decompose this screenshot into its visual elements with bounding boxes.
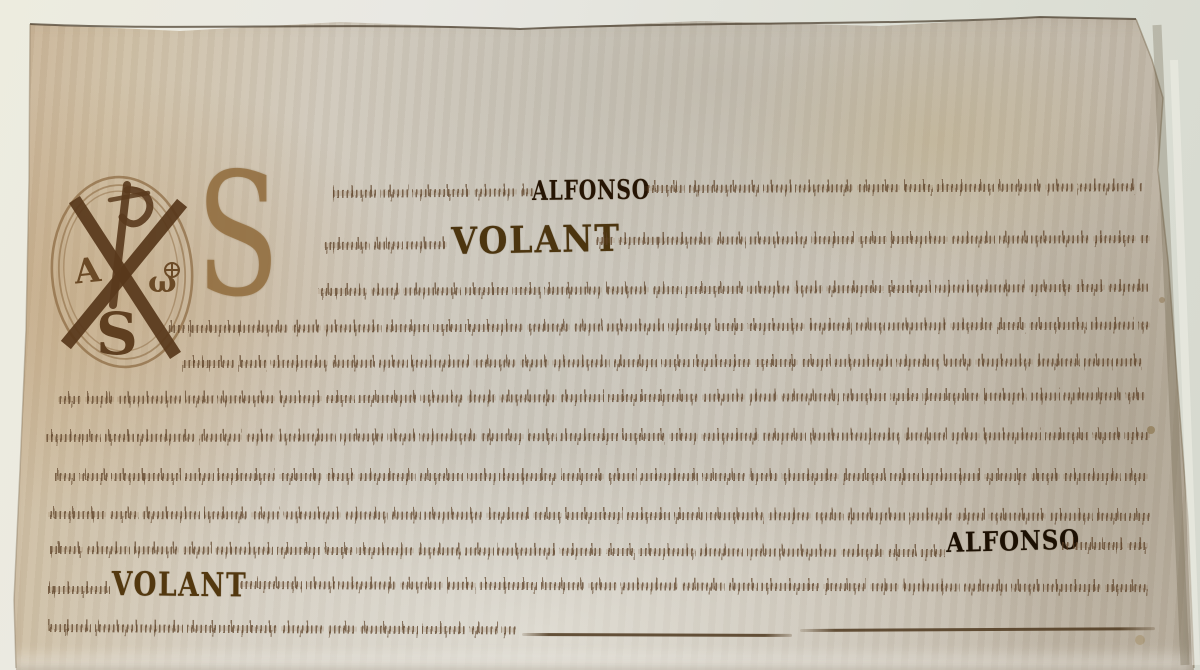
chrismon-sigma: S xyxy=(96,300,138,368)
left-edge xyxy=(14,24,30,668)
word-volant-bottom: VOLANT xyxy=(112,564,248,604)
initial-capital: S xyxy=(196,158,280,314)
script-line xyxy=(1062,537,1148,554)
script-line xyxy=(645,178,1142,197)
word-alfonso-bottom: ALFONSO xyxy=(946,525,1080,559)
script-line xyxy=(50,541,945,561)
chrismon-icon: A ω S xyxy=(46,172,199,371)
manuscript-photo: A ω S S ALFONSO VOLANT ALFONSO VOLANT xyxy=(0,0,1200,670)
script-line xyxy=(324,236,447,254)
top-edge xyxy=(30,17,1136,29)
chrismon-alpha: A xyxy=(71,250,103,293)
script-line xyxy=(46,427,1150,446)
word-alfonso-top: ALFONSO xyxy=(532,175,650,207)
script-line xyxy=(48,619,516,638)
script-line xyxy=(596,230,1150,249)
stain-spot xyxy=(1159,297,1165,303)
script-line xyxy=(168,317,1150,337)
script-line xyxy=(44,581,110,598)
script-line xyxy=(55,468,1148,485)
script-line xyxy=(333,183,534,202)
stain-spot xyxy=(1135,635,1145,645)
script-line xyxy=(182,353,1142,372)
script-line xyxy=(48,506,1150,525)
script-line xyxy=(238,576,1150,596)
